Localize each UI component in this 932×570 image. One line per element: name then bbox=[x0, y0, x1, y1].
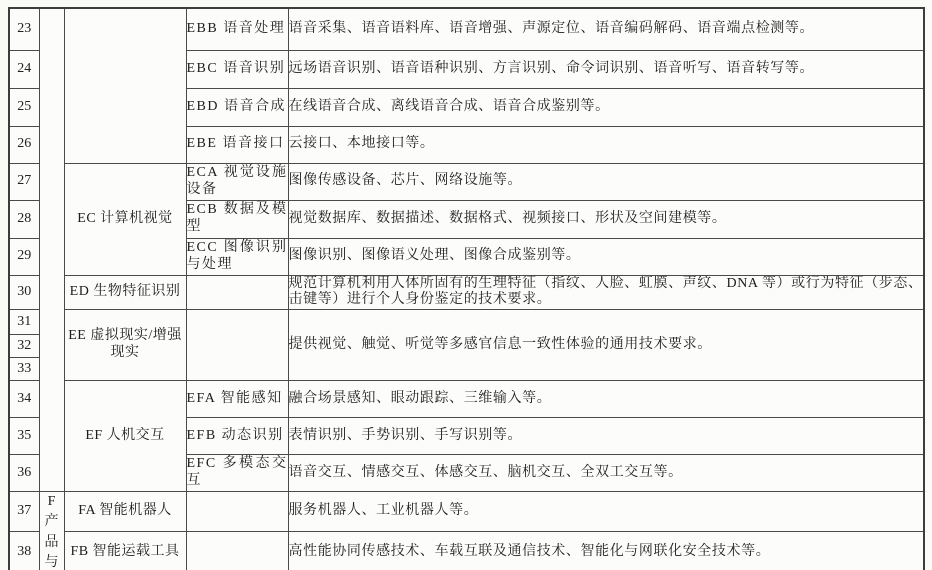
row-number-cell: 34 bbox=[9, 381, 39, 418]
subcategory-cell: EFB 动态识别 bbox=[186, 418, 288, 455]
description-cell: 图像传感设备、芯片、网络设施等。 bbox=[288, 163, 924, 200]
table-row: 27EC 计算机视觉ECA 视觉设施设备图像传感设备、芯片、网络设施等。 bbox=[9, 163, 924, 200]
description-cell: 高性能协同传感技术、车载互联及通信技术、智能化与网联化安全技术等。 bbox=[288, 532, 924, 570]
subcategory-cell: EFC 多模态交互 bbox=[186, 455, 288, 492]
category-cell: ED 生物特征识别 bbox=[64, 275, 186, 310]
subcategory-cell: ECA 视觉设施设备 bbox=[186, 163, 288, 200]
group-cell: F产品与 bbox=[39, 492, 64, 570]
description-cell: 提供视觉、触觉、听觉等多感官信息一致性体验的通用技术要求。 bbox=[288, 310, 924, 381]
description-cell: 表情识别、手势识别、手写识别等。 bbox=[288, 418, 924, 455]
row-number-cell: 36 bbox=[9, 455, 39, 492]
row-number-cell: 33 bbox=[9, 358, 39, 381]
category-cell: FA 智能机器人 bbox=[64, 492, 186, 532]
description-cell: 语音交互、情感交互、体感交互、脑机交互、全双工交互等。 bbox=[288, 455, 924, 492]
description-cell: 融合场景感知、眼动跟踪、三维输入等。 bbox=[288, 381, 924, 418]
row-number-cell: 35 bbox=[9, 418, 39, 455]
row-number-cell: 27 bbox=[9, 163, 39, 200]
row-number-cell: 37 bbox=[9, 492, 39, 532]
group-vertical-label: F产品与 bbox=[44, 492, 60, 570]
description-cell: 在线语音合成、离线语音合成、语音合成鉴别等。 bbox=[288, 88, 924, 126]
category-cell: EF 人机交互 bbox=[64, 381, 186, 492]
table-row: 31EE 虚拟现实/增强现实提供视觉、触觉、听觉等多感官信息一致性体验的通用技术… bbox=[9, 310, 924, 335]
group-cell bbox=[39, 8, 64, 492]
row-number-cell: 32 bbox=[9, 335, 39, 358]
description-cell: 服务机器人、工业机器人等。 bbox=[288, 492, 924, 532]
scanned-document-page: 23EBB 语音处理语音采集、语音语料库、语音增强、声源定位、语音编码解码、语音… bbox=[0, 0, 932, 570]
description-cell: 云接口、本地接口等。 bbox=[288, 126, 924, 163]
table-row: 23EBB 语音处理语音采集、语音语料库、语音增强、声源定位、语音编码解码、语音… bbox=[9, 8, 924, 50]
description-cell: 远场语音识别、语音语种识别、方言识别、命令词识别、语音听写、语音转写等。 bbox=[288, 50, 924, 88]
description-cell: 语音采集、语音语料库、语音增强、声源定位、语音编码解码、语音端点检测等。 bbox=[288, 8, 924, 50]
subcategory-cell: ECB 数据及模型 bbox=[186, 200, 288, 238]
description-cell: 视觉数据库、数据描述、数据格式、视频接口、形状及空间建模等。 bbox=[288, 200, 924, 238]
ai-standards-classification-table: 23EBB 语音处理语音采集、语音语料库、语音增强、声源定位、语音编码解码、语音… bbox=[8, 7, 925, 570]
row-number-cell: 28 bbox=[9, 200, 39, 238]
subcategory-cell bbox=[186, 310, 288, 381]
subcategory-cell: EBD 语音合成 bbox=[186, 88, 288, 126]
row-number-cell: 26 bbox=[9, 126, 39, 163]
table-row: 34EF 人机交互EFA 智能感知融合场景感知、眼动跟踪、三维输入等。 bbox=[9, 381, 924, 418]
table-row: 37F产品与FA 智能机器人服务机器人、工业机器人等。 bbox=[9, 492, 924, 532]
subcategory-cell: EBE 语音接口 bbox=[186, 126, 288, 163]
table-row: 30ED 生物特征识别规范计算机利用人体所固有的生理特征（指纹、人脸、虹膜、声纹… bbox=[9, 275, 924, 310]
subcategory-cell: EBC 语音识别 bbox=[186, 50, 288, 88]
subcategory-cell bbox=[186, 532, 288, 570]
row-number-cell: 24 bbox=[9, 50, 39, 88]
category-cell bbox=[64, 8, 186, 163]
subcategory-cell: EBB 语音处理 bbox=[186, 8, 288, 50]
row-number-cell: 29 bbox=[9, 238, 39, 275]
row-number-cell: 23 bbox=[9, 8, 39, 50]
subcategory-cell: ECC 图像识别与处理 bbox=[186, 238, 288, 275]
description-cell: 规范计算机利用人体所固有的生理特征（指纹、人脸、虹膜、声纹、DNA 等）或行为特… bbox=[288, 275, 924, 310]
table-row: 38FB 智能运载工具高性能协同传感技术、车载互联及通信技术、智能化与网联化安全… bbox=[9, 532, 924, 570]
row-number-cell: 30 bbox=[9, 275, 39, 310]
row-number-cell: 31 bbox=[9, 310, 39, 335]
table-body: 23EBB 语音处理语音采集、语音语料库、语音增强、声源定位、语音编码解码、语音… bbox=[9, 8, 924, 570]
category-cell: EC 计算机视觉 bbox=[64, 163, 186, 275]
subcategory-cell bbox=[186, 275, 288, 310]
category-cell: FB 智能运载工具 bbox=[64, 532, 186, 570]
description-cell: 图像识别、图像语义处理、图像合成鉴别等。 bbox=[288, 238, 924, 275]
subcategory-cell: EFA 智能感知 bbox=[186, 381, 288, 418]
category-cell: EE 虚拟现实/增强现实 bbox=[64, 310, 186, 381]
row-number-cell: 25 bbox=[9, 88, 39, 126]
row-number-cell: 38 bbox=[9, 532, 39, 570]
subcategory-cell bbox=[186, 492, 288, 532]
